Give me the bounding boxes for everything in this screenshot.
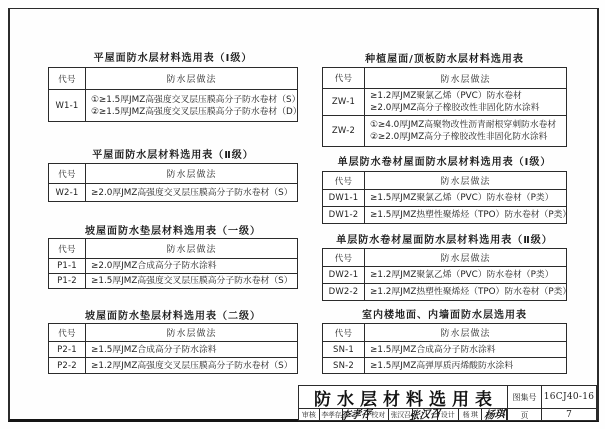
table-row: ZW-1≥1.2厚JMZ聚氯乙烯（PVC）防水卷材≥2.0厚JMZ高分子橡胶改性…	[323, 88, 566, 115]
method-line: ≥1.5厚JMZ热塑性聚烯烃（TPO）防水卷材（P类）	[370, 209, 566, 221]
staff-cells: 审核李孝存李孝存校对张汉召张汉召设计杨 琪杨琪	[299, 409, 508, 421]
table-title: 单层防水卷材屋面防水层材料选用表（Ⅱ级）	[322, 231, 567, 246]
row-method: ≥1.5厚JMZ聚氯乙烯（PVC）防水卷材（P类）	[365, 190, 566, 206]
row-method: ≥1.5厚JMZ合成高分子防水涂料	[86, 342, 297, 357]
row-method: ≥1.5厚JMZ合成高分子防水涂料	[365, 342, 566, 357]
table-row: DW1-2≥1.5厚JMZ热塑性聚烯烃（TPO）防水卷材（P类）	[323, 206, 566, 223]
table-title: 坡屋面防水垫层材料选用表（一级）	[48, 222, 298, 237]
table-row: P1-2≥1.5厚JMZ高强度交叉层压膜高分子防水卷材（S）	[49, 273, 297, 288]
selection-table: 代号防水层做法ZW-1≥1.2厚JMZ聚氯乙烯（PVC）防水卷材≥2.0厚JMZ…	[322, 67, 567, 147]
selection-table: 代号防水层做法W2-1≥2.0厚JMZ高强度交叉层压膜高分子防水卷材（S）	[48, 163, 298, 202]
code-column-header: 代号	[49, 164, 86, 183]
table-header-row: 代号防水层做法	[323, 324, 566, 341]
method-column-header: 防水层做法	[365, 172, 566, 189]
row-code: P2-1	[49, 342, 86, 357]
row-method: ≥1.2厚JMZ聚氯乙烯（PVC）防水卷材≥2.0厚JMZ高分子橡胶改性非固化防…	[365, 89, 566, 115]
row-method: ≥1.5厚JMZ高强度交叉层压膜高分子防水卷材（S）	[86, 274, 297, 288]
table-row: DW1-1≥1.5厚JMZ聚氯乙烯（PVC）防水卷材（P类）	[323, 189, 566, 206]
method-line: ≥1.5厚JMZ合成高分子防水涂料	[370, 344, 566, 356]
staff-signature-cell: 李孝存	[343, 409, 368, 421]
row-code: DW1-2	[323, 207, 365, 223]
method-header-label: 防水层做法	[440, 251, 490, 264]
table-title: 平屋面防水层材料选用表（Ⅱ级）	[48, 146, 298, 161]
table-row: SN-1≥1.5厚JMZ合成高分子防水涂料	[323, 341, 566, 357]
table-row: DW2-1≥1.2厚JMZ聚氯乙烯（PVC）防水卷材（P类）	[323, 266, 566, 283]
method-header-label: 防水层做法	[166, 72, 216, 85]
row-code: ZW-1	[323, 89, 365, 115]
code-column-header: 代号	[49, 239, 86, 258]
selection-table: 代号防水层做法P2-1≥1.5厚JMZ合成高分子防水涂料P2-2≥1.2厚JMZ…	[48, 323, 298, 374]
row-code: SN-2	[323, 358, 365, 373]
method-header-label: 防水层做法	[166, 242, 216, 255]
table-row: W1-1①≥1.5厚JMZ高强度交叉层压膜高分子防水卷材（S）②≥1.5厚JMZ…	[49, 89, 297, 121]
method-header-label: 防水层做法	[440, 326, 490, 339]
code-column-header: 代号	[323, 68, 365, 88]
row-code: P2-2	[49, 358, 86, 373]
atlas-number-value: 16CJ40-16	[542, 386, 596, 408]
table-header-row: 代号防水层做法	[49, 164, 297, 183]
table-row: DW2-2≥1.2厚JMZ热塑性聚烯烃（TPO）防水卷材（P类）	[323, 283, 566, 300]
method-line: ①≥4.0厚JMZ高聚物改性沥青耐根穿刺防水卷材	[370, 119, 566, 131]
method-line: ①≥1.5厚JMZ高强度交叉层压膜高分子防水卷材（S）	[91, 94, 297, 106]
method-header-label: 防水层做法	[166, 167, 216, 180]
page-label: 页	[508, 409, 542, 421]
atlas-number-label: 图集号	[508, 386, 542, 408]
table-title: 单层防水卷材屋面防水层材料选用表（Ⅰ级）	[322, 153, 567, 168]
row-method: ≥2.0厚JMZ高强度交叉层压膜高分子防水卷材（S）	[86, 184, 297, 201]
method-line: ≥1.2厚JMZ聚氯乙烯（PVC）防水卷材	[370, 90, 566, 102]
row-method: ≥1.2厚JMZ高强度交叉层压膜高分子防水卷材（S）	[86, 358, 297, 373]
row-code: P1-2	[49, 274, 86, 288]
code-column-header: 代号	[323, 172, 365, 189]
row-code: ZW-2	[323, 116, 365, 146]
staff-role-label: 审核	[299, 409, 320, 421]
row-method: ①≥1.5厚JMZ高强度交叉层压膜高分子防水卷材（S）②≥1.5厚JMZ高强度交…	[86, 90, 297, 121]
code-column-header: 代号	[323, 324, 365, 341]
selection-table: 代号防水层做法SN-1≥1.5厚JMZ合成高分子防水涂料SN-2≥1.5厚JMZ…	[322, 323, 567, 374]
method-line: ②≥1.5厚JMZ高强度交叉层压膜高分子防水卷材（D）	[91, 106, 297, 118]
title-block-row-1: 防水层材料选用表 图集号 16CJ40-16	[299, 386, 596, 409]
selection-table: 代号防水层做法DW2-1≥1.2厚JMZ聚氯乙烯（PVC）防水卷材（P类）DW2…	[322, 248, 567, 301]
table-header-row: 代号防水层做法	[49, 68, 297, 89]
row-method: ≥1.5厚JMZ热塑性聚烯烃（TPO）防水卷材（P类）	[365, 207, 566, 223]
code-column-header: 代号	[323, 249, 365, 266]
method-line: ≥1.5厚JMZ合成高分子防水涂料	[91, 344, 297, 356]
method-column-header: 防水层做法	[365, 324, 566, 341]
page-number: 7	[542, 409, 596, 421]
method-line: ≥1.5厚JMZ高强度交叉层压膜高分子防水卷材（S）	[91, 275, 297, 287]
row-code: W1-1	[49, 90, 86, 121]
method-column-header: 防水层做法	[365, 249, 566, 266]
method-line: ≥1.2厚JMZ热塑性聚烯烃（TPO）防水卷材（P类）	[370, 286, 566, 298]
method-header-label: 防水层做法	[440, 174, 490, 187]
selection-table: 代号防水层做法P1-1≥2.0厚JMZ合成高分子防水涂料P1-2≥1.5厚JMZ…	[48, 238, 298, 289]
staff-signature: 杨琪	[483, 410, 505, 421]
method-header-label: 防水层做法	[166, 326, 216, 339]
staff-signature: 张汉召	[409, 409, 441, 421]
table-title: 坡屋面防水垫层材料选用表（二级）	[48, 307, 298, 322]
row-code: DW1-1	[323, 190, 365, 206]
table-title: 种植屋面/顶板防水层材料选用表	[322, 50, 567, 65]
table-title: 室内楼地面、内墙面防水层选用表	[322, 306, 567, 321]
row-code: SN-1	[323, 342, 365, 357]
row-code: DW2-2	[323, 284, 365, 300]
staff-signature-cell: 张汉召	[413, 409, 438, 421]
staff-signature-cell: 杨琪	[482, 409, 507, 421]
title-block: 防水层材料选用表 图集号 16CJ40-16 审核李孝存李孝存校对张汉召张汉召设…	[298, 385, 597, 421]
method-column-header: 防水层做法	[86, 68, 297, 89]
table-header-row: 代号防水层做法	[323, 172, 566, 189]
method-column-header: 防水层做法	[86, 239, 297, 258]
staff-name: 杨 琪	[459, 409, 483, 421]
row-code: P1-1	[49, 259, 86, 273]
selection-table: 代号防水层做法W1-1①≥1.5厚JMZ高强度交叉层压膜高分子防水卷材（S）②≥…	[48, 67, 298, 122]
method-line: ≥2.0厚JMZ高分子橡胶改性非固化防水涂料	[370, 102, 566, 114]
sheet-title: 防水层材料选用表	[299, 386, 508, 408]
method-column-header: 防水层做法	[365, 68, 566, 88]
row-method: ≥1.2厚JMZ热塑性聚烯烃（TPO）防水卷材（P类）	[365, 284, 566, 300]
code-column-header: 代号	[49, 324, 86, 341]
method-column-header: 防水层做法	[86, 164, 297, 183]
row-method: ≥2.0厚JMZ合成高分子防水涂料	[86, 259, 297, 273]
table-title: 平屋面防水层材料选用表（Ⅰ级）	[48, 49, 298, 64]
row-method: ≥1.5厚JMZ高弹厚质丙烯酸防水涂料	[365, 358, 566, 373]
method-line: ②≥2.0厚JMZ高分子橡胶改性非固化防水涂料	[370, 131, 566, 143]
row-code: DW2-1	[323, 267, 365, 283]
table-header-row: 代号防水层做法	[49, 239, 297, 258]
code-column-header: 代号	[49, 68, 86, 89]
method-line: ≥1.5厚JMZ聚氯乙烯（PVC）防水卷材（P类）	[370, 192, 566, 204]
table-header-row: 代号防水层做法	[49, 324, 297, 341]
table-row: P2-2≥1.2厚JMZ高强度交叉层压膜高分子防水卷材（S）	[49, 357, 297, 373]
table-row: P2-1≥1.5厚JMZ合成高分子防水涂料	[49, 341, 297, 357]
row-method: ≥1.2厚JMZ聚氯乙烯（PVC）防水卷材（P类）	[365, 267, 566, 283]
table-header-row: 代号防水层做法	[323, 68, 566, 88]
title-block-row-2: 审核李孝存李孝存校对张汉召张汉召设计杨 琪杨琪 页 7	[299, 409, 596, 421]
table-row: W2-1≥2.0厚JMZ高强度交叉层压膜高分子防水卷材（S）	[49, 183, 297, 201]
table-row: P1-1≥2.0厚JMZ合成高分子防水涂料	[49, 258, 297, 273]
method-line: ≥1.5厚JMZ高弹厚质丙烯酸防水涂料	[370, 360, 566, 372]
table-row: SN-2≥1.5厚JMZ高弹厚质丙烯酸防水涂料	[323, 357, 566, 373]
row-method: ①≥4.0厚JMZ高聚物改性沥青耐根穿刺防水卷材②≥2.0厚JMZ高分子橡胶改性…	[365, 116, 566, 146]
table-header-row: 代号防水层做法	[323, 249, 566, 266]
atlas-sheet-page: 平屋面防水层材料选用表（Ⅰ级）代号防水层做法W1-1①≥1.5厚JMZ高强度交叉…	[0, 0, 605, 429]
method-line: ≥2.0厚JMZ合成高分子防水涂料	[91, 260, 297, 272]
staff-signature: 李孝存	[339, 409, 371, 421]
method-column-header: 防水层做法	[86, 324, 297, 341]
row-code: W2-1	[49, 184, 86, 201]
method-line: ≥1.2厚JMZ聚氯乙烯（PVC）防水卷材（P类）	[370, 269, 566, 281]
method-line: ≥2.0厚JMZ高强度交叉层压膜高分子防水卷材（S）	[91, 187, 297, 199]
method-line: ≥1.2厚JMZ高强度交叉层压膜高分子防水卷材（S）	[91, 360, 297, 372]
table-row: ZW-2①≥4.0厚JMZ高聚物改性沥青耐根穿刺防水卷材②≥2.0厚JMZ高分子…	[323, 115, 566, 146]
method-header-label: 防水层做法	[440, 72, 490, 85]
selection-table: 代号防水层做法DW1-1≥1.5厚JMZ聚氯乙烯（PVC）防水卷材（P类）DW1…	[322, 171, 567, 224]
